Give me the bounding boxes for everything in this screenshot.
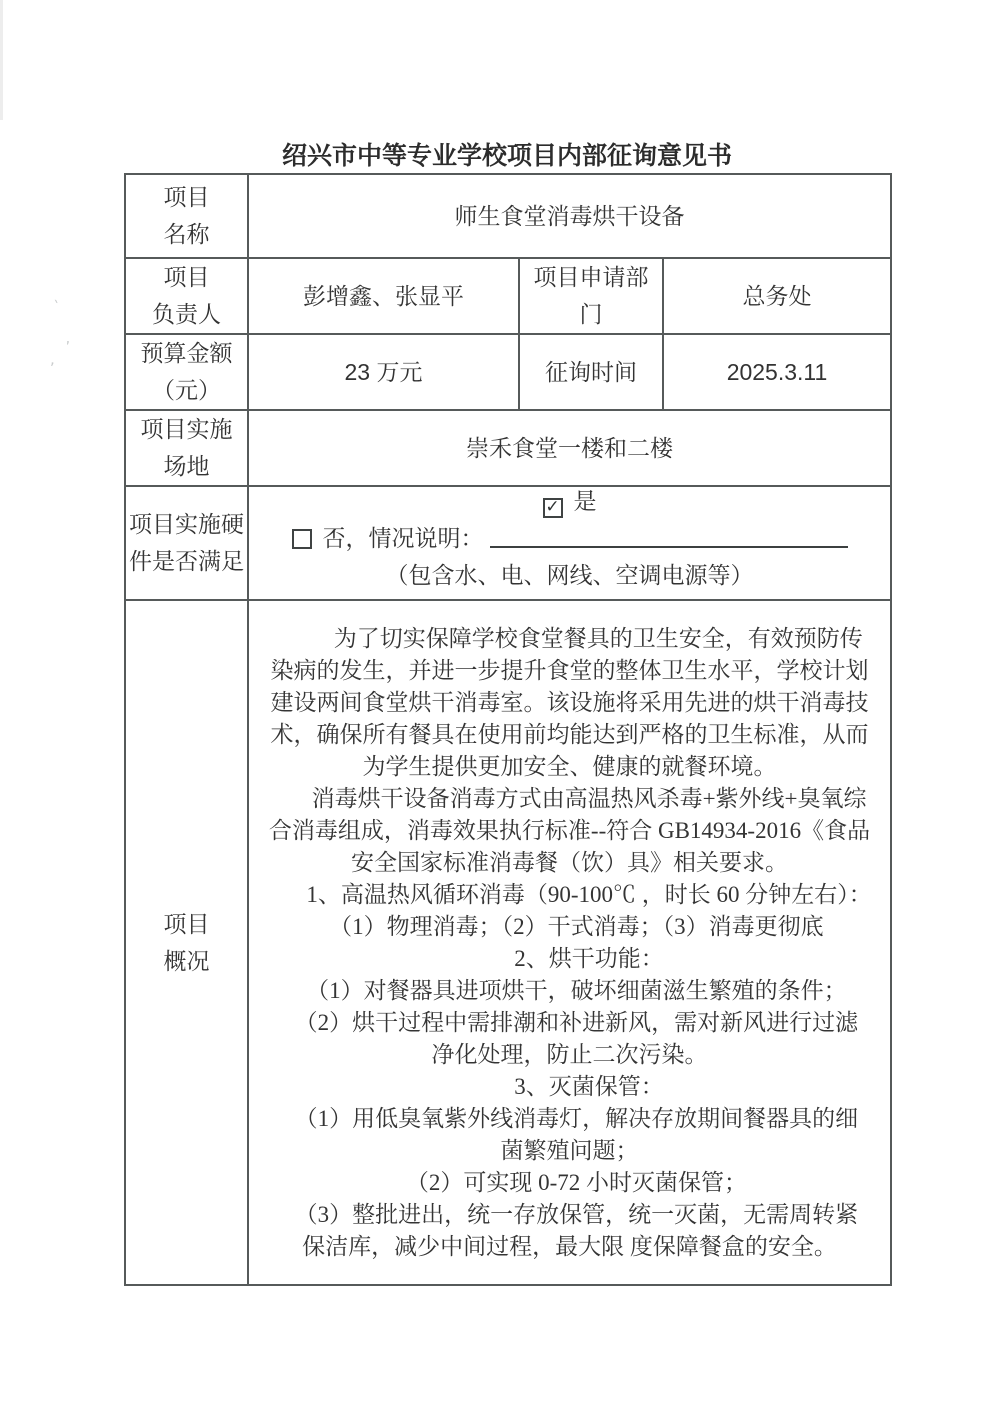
overview-line: 3、灭菌保管： [249,1071,890,1103]
project-name-label: 项目 名称 [125,174,248,258]
option-no: 否，情况说明： [249,525,890,553]
overview-line: 消毒烘干设备消毒方式由高温热风杀毒+紫外线+臭氧综 [249,783,890,815]
overview-line: 染病的发生，并进一步提升食堂的整体卫生水平，学校计划 [249,655,890,687]
yes-checkbox-icon: ✓ [543,498,563,518]
scan-speck: ` [50,297,61,316]
overview-line: 术，确保所有餐具在使用前均能达到严格的卫生标准，从而 [249,719,890,751]
leader-label: 项目 负责人 [125,258,248,334]
hardware-note: （包含水、电、网线、空调电源等） [249,562,890,590]
row-budget: 预算金额 （元） 23 万元 征询时间 2025.3.11 [125,334,891,410]
hardware-label: 项目实施硬 件是否满足 [125,486,248,600]
overview-line: 保洁库，减少中间过程，最大限 度保障餐盒的安全。 [249,1231,890,1263]
overview-line: 为了切实保障学校食堂餐具的卫生安全，有效预防传 [249,623,890,655]
budget-value: 23 万元 [248,334,519,410]
overview-line: 安全国家标准消毒餐（饮）具》相关要求。 [249,847,890,879]
explanation-blank-line [490,530,848,548]
overview-label: 项目 概况 [125,600,248,1285]
overview-line: 合消毒组成，消毒效果执行标准--符合 GB14934-2016《食品 [249,815,890,847]
apply-dept-label: 项目申请部 门 [519,258,663,334]
row-site: 项目实施 场地 崇禾食堂一楼和二楼 [125,410,891,486]
overview-line: 建设两间食堂烘干消毒室。该设施将采用先进的烘干消毒技 [249,687,890,719]
overview-line: 为学生提供更加安全、健康的就餐环境。 [249,751,890,783]
option-yes-label: 是 [574,489,597,514]
overview-line: （2）烘干过程中需排潮和补进新风，需对新风进行过滤 [249,1007,890,1039]
hardware-options-cell: ✓是 否，情况说明： （包含水、电、网线、空调电源等） [248,486,891,600]
row-hardware: 项目实施硬 件是否满足 ✓是 否，情况说明： （包含水、电、网线、空调电源等） [125,486,891,600]
overview-line: （1）对餐器具进项烘干，破坏细菌滋生繁殖的条件； [249,975,890,1007]
scan-edge-artifact [0,0,3,120]
overview-line: 1、高温热风循环消毒（90-100℃ ，时长 60 分钟左右）： [249,879,890,911]
document-title: 绍兴市中等专业学校项目内部征询意见书 [124,136,890,172]
site-value: 崇禾食堂一楼和二楼 [248,410,891,486]
inquiry-form-table: 项目 名称 师生食堂消毒烘干设备 项目 负责人 彭增鑫、张显平 项目申请部 门 … [124,173,892,1286]
project-name-value: 师生食堂消毒烘干设备 [248,174,891,258]
overview-line: （1）用低臭氧紫外线消毒灯，解决存放期间餐器具的细 [249,1103,890,1135]
overview-line: 净化处理，防止二次污染。 [249,1039,890,1071]
scan-speck: , [50,350,55,368]
row-project-name: 项目 名称 师生食堂消毒烘干设备 [125,174,891,258]
budget-label: 预算金额 （元） [125,334,248,410]
overview-text-cell: 为了切实保障学校食堂餐具的卫生安全，有效预防传染病的发生，并进一步提升食堂的整体… [248,600,891,1285]
overview-line: （1）物理消毒；（2）干式消毒；（3）消毒更彻底 [249,911,890,943]
row-leader: 项目 负责人 彭增鑫、张显平 项目申请部 门 总务处 [125,258,891,334]
option-yes: ✓是 [249,488,890,516]
overview-line: （2）可实现 0-72 小时灭菌保管； [249,1167,890,1199]
row-overview: 项目 概况 为了切实保障学校食堂餐具的卫生安全，有效预防传染病的发生，并进一步提… [125,600,891,1285]
overview-line: （3）整批进出，统一存放保管，统一灭菌，无需周转紧 [249,1199,890,1231]
scan-speck: ’ [65,338,72,356]
apply-dept-value: 总务处 [663,258,891,334]
inquiry-time-label: 征询时间 [519,334,663,410]
inquiry-time-value: 2025.3.11 [663,334,891,410]
scanned-document-page: ` ’ , 绍兴市中等专业学校项目内部征询意见书 项目 名称 师生食堂消毒烘干设… [0,0,1000,1414]
leader-value: 彭增鑫、张显平 [248,258,519,334]
overview-line: 菌繁殖问题； [249,1135,890,1167]
overview-line: 2、烘干功能： [249,943,890,975]
site-label: 项目实施 场地 [125,410,248,486]
option-no-label: 否，情况说明： [323,526,484,551]
no-checkbox-icon [292,529,312,549]
